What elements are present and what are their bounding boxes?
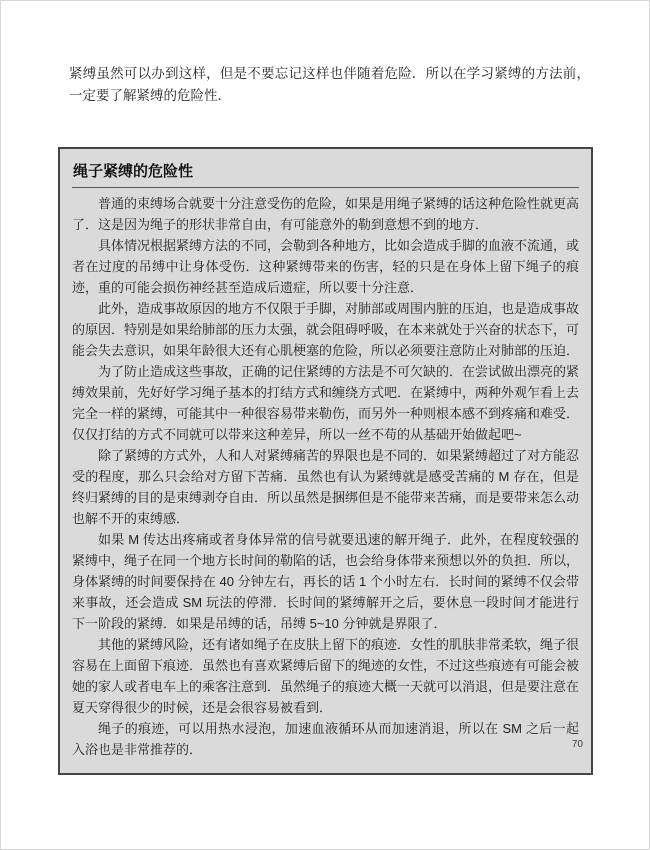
box-paragraph: 具体情况根据紧缚方法的不同，会勒到各种地方，比如会造成手脚的血液不流通，或者在过… — [72, 235, 579, 298]
intro-paragraph: 紧缚虽然可以办到这样，但是不要忘记这样也伴随着危险．所以在学习紧缚的方法前，一定… — [69, 63, 590, 107]
box-paragraph: 普通的束缚场合就要十分注意受伤的危险，如果是用绳子紧缚的话这种危险性就更高了．这… — [72, 193, 579, 235]
danger-section-box: 绳子紧缚的危险性 普通的束缚场合就要十分注意受伤的危险，如果是用绳子紧缚的话这种… — [58, 147, 593, 775]
box-paragraph: 除了紧缚的方式外，人和人对紧缚痛苦的界限也是不同的．如果紧缚超过了对方能忍受的程… — [72, 445, 579, 529]
box-paragraph: 为了防止造成这些事故，正确的记住紧缚的方法是不可欠缺的．在尝试做出漂亮的紧缚效果… — [72, 361, 579, 445]
title-divider — [72, 187, 579, 188]
page-number: 70 — [572, 739, 583, 750]
box-body: 普通的束缚场合就要十分注意受伤的危险，如果是用绳子紧缚的话这种危险性就更高了．这… — [72, 193, 579, 760]
box-paragraph: 其他的紧缚风险，还有诸如绳子在皮肤上留下的痕迹．女性的肌肤非常柔软，绳子很容易在… — [72, 634, 579, 718]
box-paragraph: 绳子的痕迹，可以用热水浸泡，加速血液循环从而加速消退，所以在 SM 之后一起入浴… — [72, 718, 579, 760]
box-paragraph: 此外，造成事故原因的地方不仅限于手脚，对肺部或周围内脏的压迫，也是造成事故的原因… — [72, 298, 579, 361]
document-page: 紧缚虽然可以办到这样，但是不要忘记这样也伴随着危险．所以在学习紧缚的方法前，一定… — [0, 0, 650, 850]
box-paragraph: 如果 M 传达出疼痛或者身体异常的信号就要迅速的解开绳子．此外，在程度较强的紧缚… — [72, 529, 579, 634]
box-title: 绳子紧缚的危险性 — [73, 160, 579, 181]
